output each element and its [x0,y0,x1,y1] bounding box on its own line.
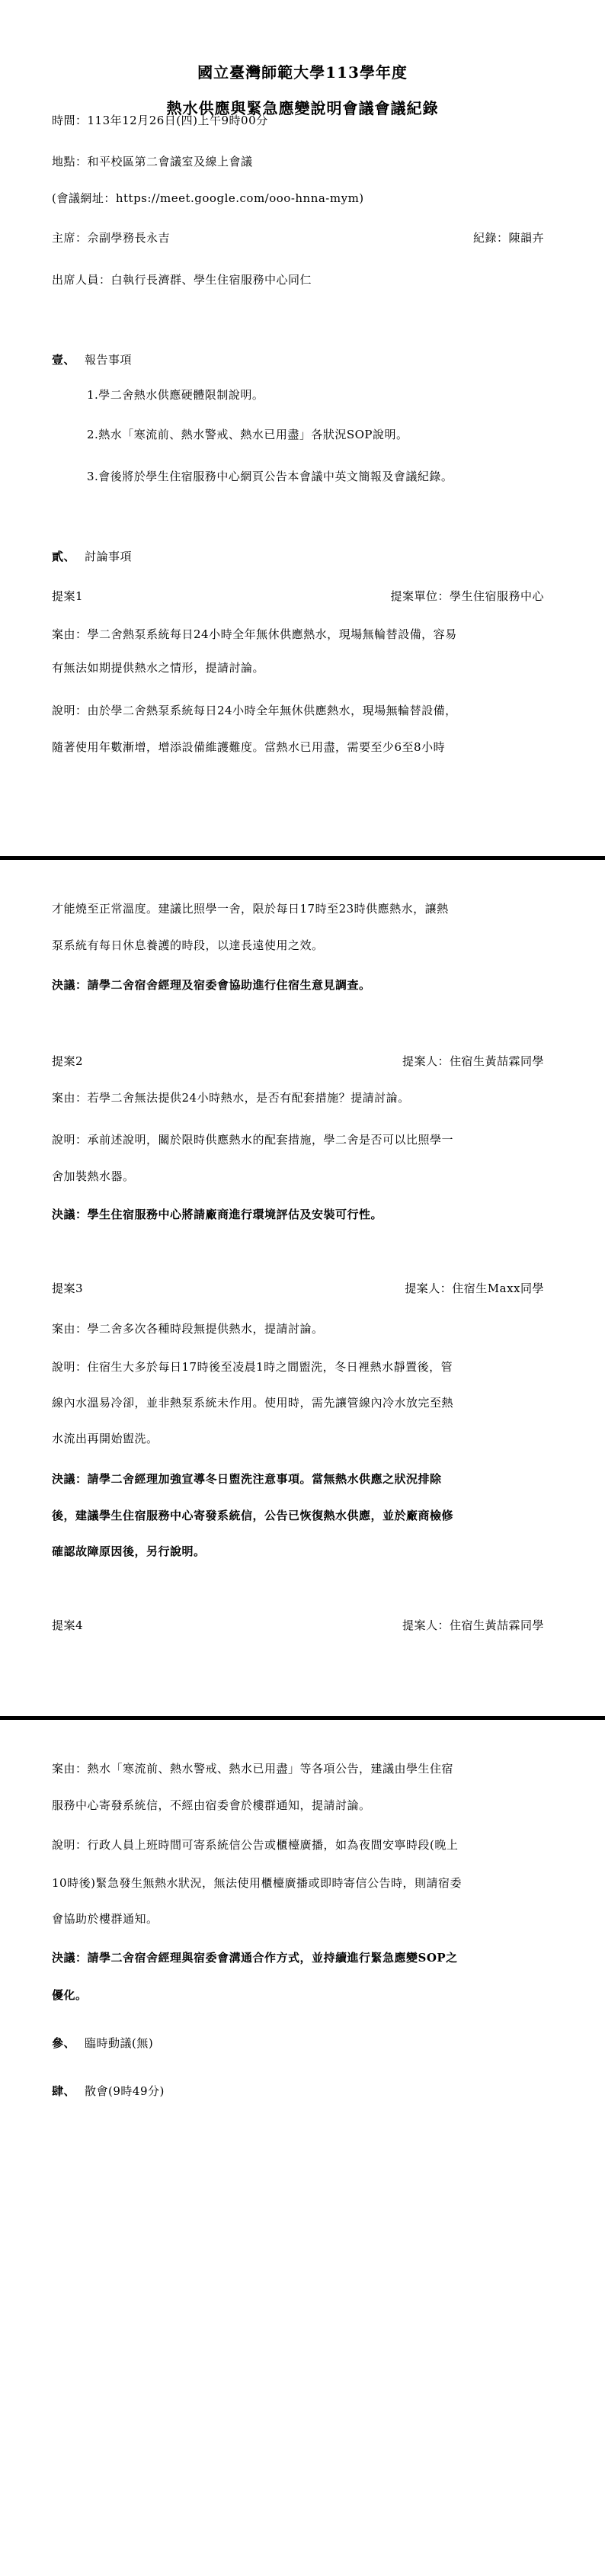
proposal-explanation: 舍加裝熱水器。 [52,1169,135,1184]
page-break [0,1716,605,1720]
proposal-explanation: 10時後)緊急發生無熱水狀況，無法使用櫃檯廣播或即時寄信公告時，則請宿委 [52,1875,462,1891]
document-title-line1: 國立臺灣師範大學113學年度 [0,63,605,82]
report-item: 3.會後將於學生住宿服務中心網頁公告本會議中英文簡報及會議紀錄。 [87,469,453,484]
proposal-reason: 案由：學二舍多次各種時段無提供熱水，提請討論。 [52,1321,324,1336]
proposal-resolution: 決議：請學二舍宿舍經理與宿委會溝通合作方式，並持續進行緊急應變SOP之 [52,1950,458,1965]
meeting-url: (會議網址：https://meet.google.com/ooo-hnna-m… [52,191,364,206]
section-heading-text: 討論事項 [85,550,132,563]
section-marker: 貳、 [52,550,75,563]
section-heading-text: 報告事項 [85,353,132,367]
proposal-resolution: 決議：請學二舍宿舍經理及宿委會協助進行住宿生意見調查。 [52,977,371,993]
meeting-recorder: 紀錄：陳韻卉 [473,230,544,245]
section-heading-text: 臨時動議(無) [85,2036,153,2050]
proposal-explanation: 說明：由於學二舍熱泵系統每日24小時全年無休供應熱水，現場無輪替設備， [52,703,457,718]
proposal-explanation: 會協助於樓群通知。 [52,1911,158,1926]
proposal-resolution: 優化。 [52,1987,88,2003]
proposal-reason: 有無法如期提供熱水之情形，提請討論。 [52,660,264,675]
proposal-reason: 案由：熱水「寒流前、熱水警戒、熱水已用盡」等各項公告，建議由學生住宿 [52,1761,453,1776]
proposal-explanation: 線內水溫易冷卻，並非熱泵系統未作用。使用時，需先讓管線內冷水放完至熱 [52,1395,453,1410]
proposal-proposer: 提案人：住宿生黃喆霖同學 [402,1054,544,1069]
proposal-label: 提案4 [52,1618,83,1633]
proposal-reason: 案由：學二舍熱泵系統每日24小時全年無休供應熱水，現場無輪替設備，容易 [52,627,457,642]
section-motions-heading: 參、臨時動議(無) [52,2035,153,2051]
proposal-resolution: 確認故障原因後，另行說明。 [52,1544,206,1559]
proposal-label: 提案2 [52,1054,83,1069]
proposal-resolution: 決議：學生住宿服務中心將請廠商進行環境評估及安裝可行性。 [52,1207,383,1222]
section-report-heading: 壹、報告事項 [52,352,132,367]
proposal-explanation: 隨著使用年數漸增，增添設備維護難度。當熱水已用盡，需要至少6至8小時 [52,739,445,755]
section-adjourn-heading: 肆、散會(9時49分) [52,2084,165,2099]
proposal-resolution: 後，建議學生住宿服務中心寄發系統信，公告已恢復熱水供應，並於廠商檢修 [52,1508,453,1523]
meeting-attendees: 出席人員：白執行長濟群、學生住宿服務中心同仁 [52,272,312,287]
meeting-chair: 主席：佘副學務長永吉 [52,230,170,245]
proposal-proposer: 提案單位：學生住宿服務中心 [390,589,544,604]
proposal-explanation: 說明：住宿生大多於每日17時後至凌晨1時之間盥洗，冬日裡熱水靜置後，管 [52,1359,453,1375]
proposal-explanation: 說明：承前述說明，關於限時供應熱水的配套措施，學二舍是否可以比照學一 [52,1132,453,1147]
proposal-explanation: 說明：行政人員上班時間可寄系統信公告或櫃檯廣播，如為夜間安寧時段(晚上 [52,1837,458,1853]
proposal-proposer: 提案人：住宿生黃喆霖同學 [402,1618,544,1633]
report-item: 1.學二舍熱水供應硬體限制說明。 [87,387,264,403]
proposal-explanation: 水流出再開始盥洗。 [52,1431,158,1446]
section-heading-text: 散會(9時49分) [85,2084,165,2098]
proposal-explanation: 泵系統有每日休息養護的時段，以達長遠使用之效。 [52,938,324,953]
meeting-location: 地點：和平校區第二會議室及線上會議 [52,154,253,169]
proposal-resolution: 決議：請學二舍經理加強宣導冬日盥洗注意事項。當無熱水供應之狀況排除 [52,1471,442,1487]
proposal-proposer: 提案人：住宿生Maxx同學 [405,1281,544,1296]
section-marker: 參、 [52,2036,75,2050]
proposal-reason: 服務中心寄發系統信，不經由宿委會於樓群通知，提請討論。 [52,1798,371,1813]
section-marker: 壹、 [52,353,75,367]
proposal-reason: 案由：若學二舍無法提供24小時熱水，是否有配套措施？提請討論。 [52,1090,410,1105]
section-discussion-heading: 貳、討論事項 [52,549,132,564]
meeting-time: 時間：113年12月26日(四)上午9時00分 [52,113,268,128]
proposal-explanation: 才能燒至正常溫度。建議比照學一舍，限於每日17時至23時供應熱水，讓熱 [52,901,449,916]
page-break [0,856,605,860]
proposal-label: 提案1 [52,589,83,604]
section-marker: 肆、 [52,2084,75,2098]
proposal-label: 提案3 [52,1281,83,1296]
report-item: 2.熱水「寒流前、熱水警戒、熱水已用盡」各狀況SOP說明。 [87,427,408,442]
